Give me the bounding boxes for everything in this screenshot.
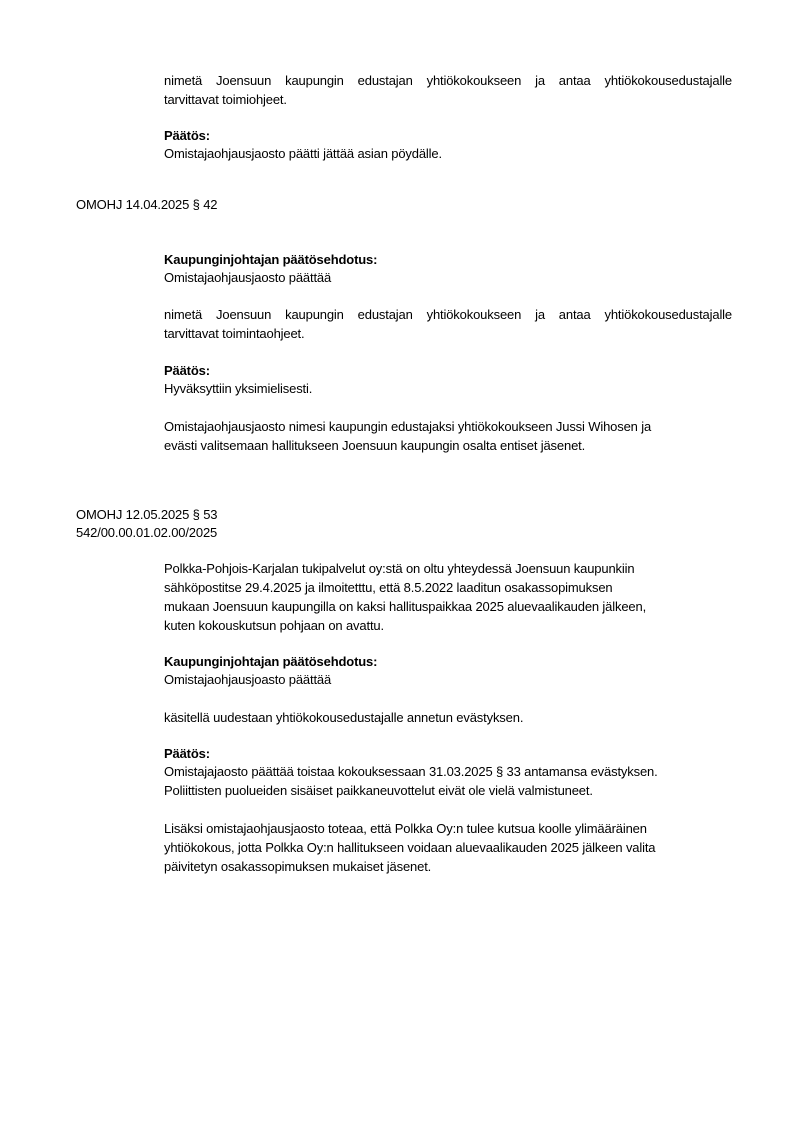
diary-number: 542/00.00.01.02.00/2025: [76, 524, 217, 542]
paragraph-line: tarvittavat toimintaohjeet.: [164, 325, 304, 343]
paragraph-line: Omistajaohjausjaosto nimesi kaupungin ed…: [164, 418, 651, 436]
paragraph-line: sähköpostitse 29.4.2025 ja ilmoitetttu, …: [164, 579, 613, 597]
decision-heading: Päätös:: [164, 127, 210, 145]
paragraph-line: kuten kokouskutsun pohjaan on avattu.: [164, 617, 384, 635]
paragraph-line: päivitetyn osakassopimuksen mukaiset jäs…: [164, 858, 431, 876]
paragraph-line: evästi valitsemaan hallitukseen Joensuun…: [164, 437, 585, 455]
meeting-reference: OMOHJ 12.05.2025 § 53: [76, 506, 217, 524]
proposal-intro: Omistajaohjausjoasto päättää: [164, 671, 331, 689]
meeting-reference: OMOHJ 14.04.2025 § 42: [76, 196, 217, 214]
decision-text: Omistajaohjausjaosto päätti jättää asian…: [164, 145, 442, 163]
decision-text: Hyväksyttiin yksimielisesti.: [164, 380, 312, 398]
paragraph-line: Polkka-Pohjois-Karjalan tukipalvelut oy:…: [164, 560, 634, 578]
decision-heading: Päätös:: [164, 362, 210, 380]
proposal-intro: Omistajaohjausjaosto päättää: [164, 269, 331, 287]
paragraph-line: käsitellä uudestaan yhtiökokousedustajal…: [164, 709, 523, 727]
paragraph-line: Lisäksi omistajaohjausjaosto toteaa, ett…: [164, 820, 647, 838]
paragraph-line: nimetä Joensuun kaupungin edustajan yhti…: [164, 306, 732, 324]
paragraph-line: mukaan Joensuun kaupungilla on kaksi hal…: [164, 598, 646, 616]
paragraph-line: yhtiökokous, jotta Polkka Oy:n hallituks…: [164, 839, 655, 857]
paragraph-line: tarvittavat toimiohjeet.: [164, 91, 287, 109]
proposal-heading: Kaupunginjohtajan päätösehdotus:: [164, 251, 377, 269]
paragraph-line: nimetä Joensuun kaupungin edustajan yhti…: [164, 72, 732, 90]
decision-heading: Päätös:: [164, 745, 210, 763]
decision-text: Poliittisten puolueiden sisäiset paikkan…: [164, 782, 593, 800]
proposal-heading: Kaupunginjohtajan päätösehdotus:: [164, 653, 377, 671]
decision-text: Omistajajaosto päättää toistaa kokoukses…: [164, 763, 658, 781]
